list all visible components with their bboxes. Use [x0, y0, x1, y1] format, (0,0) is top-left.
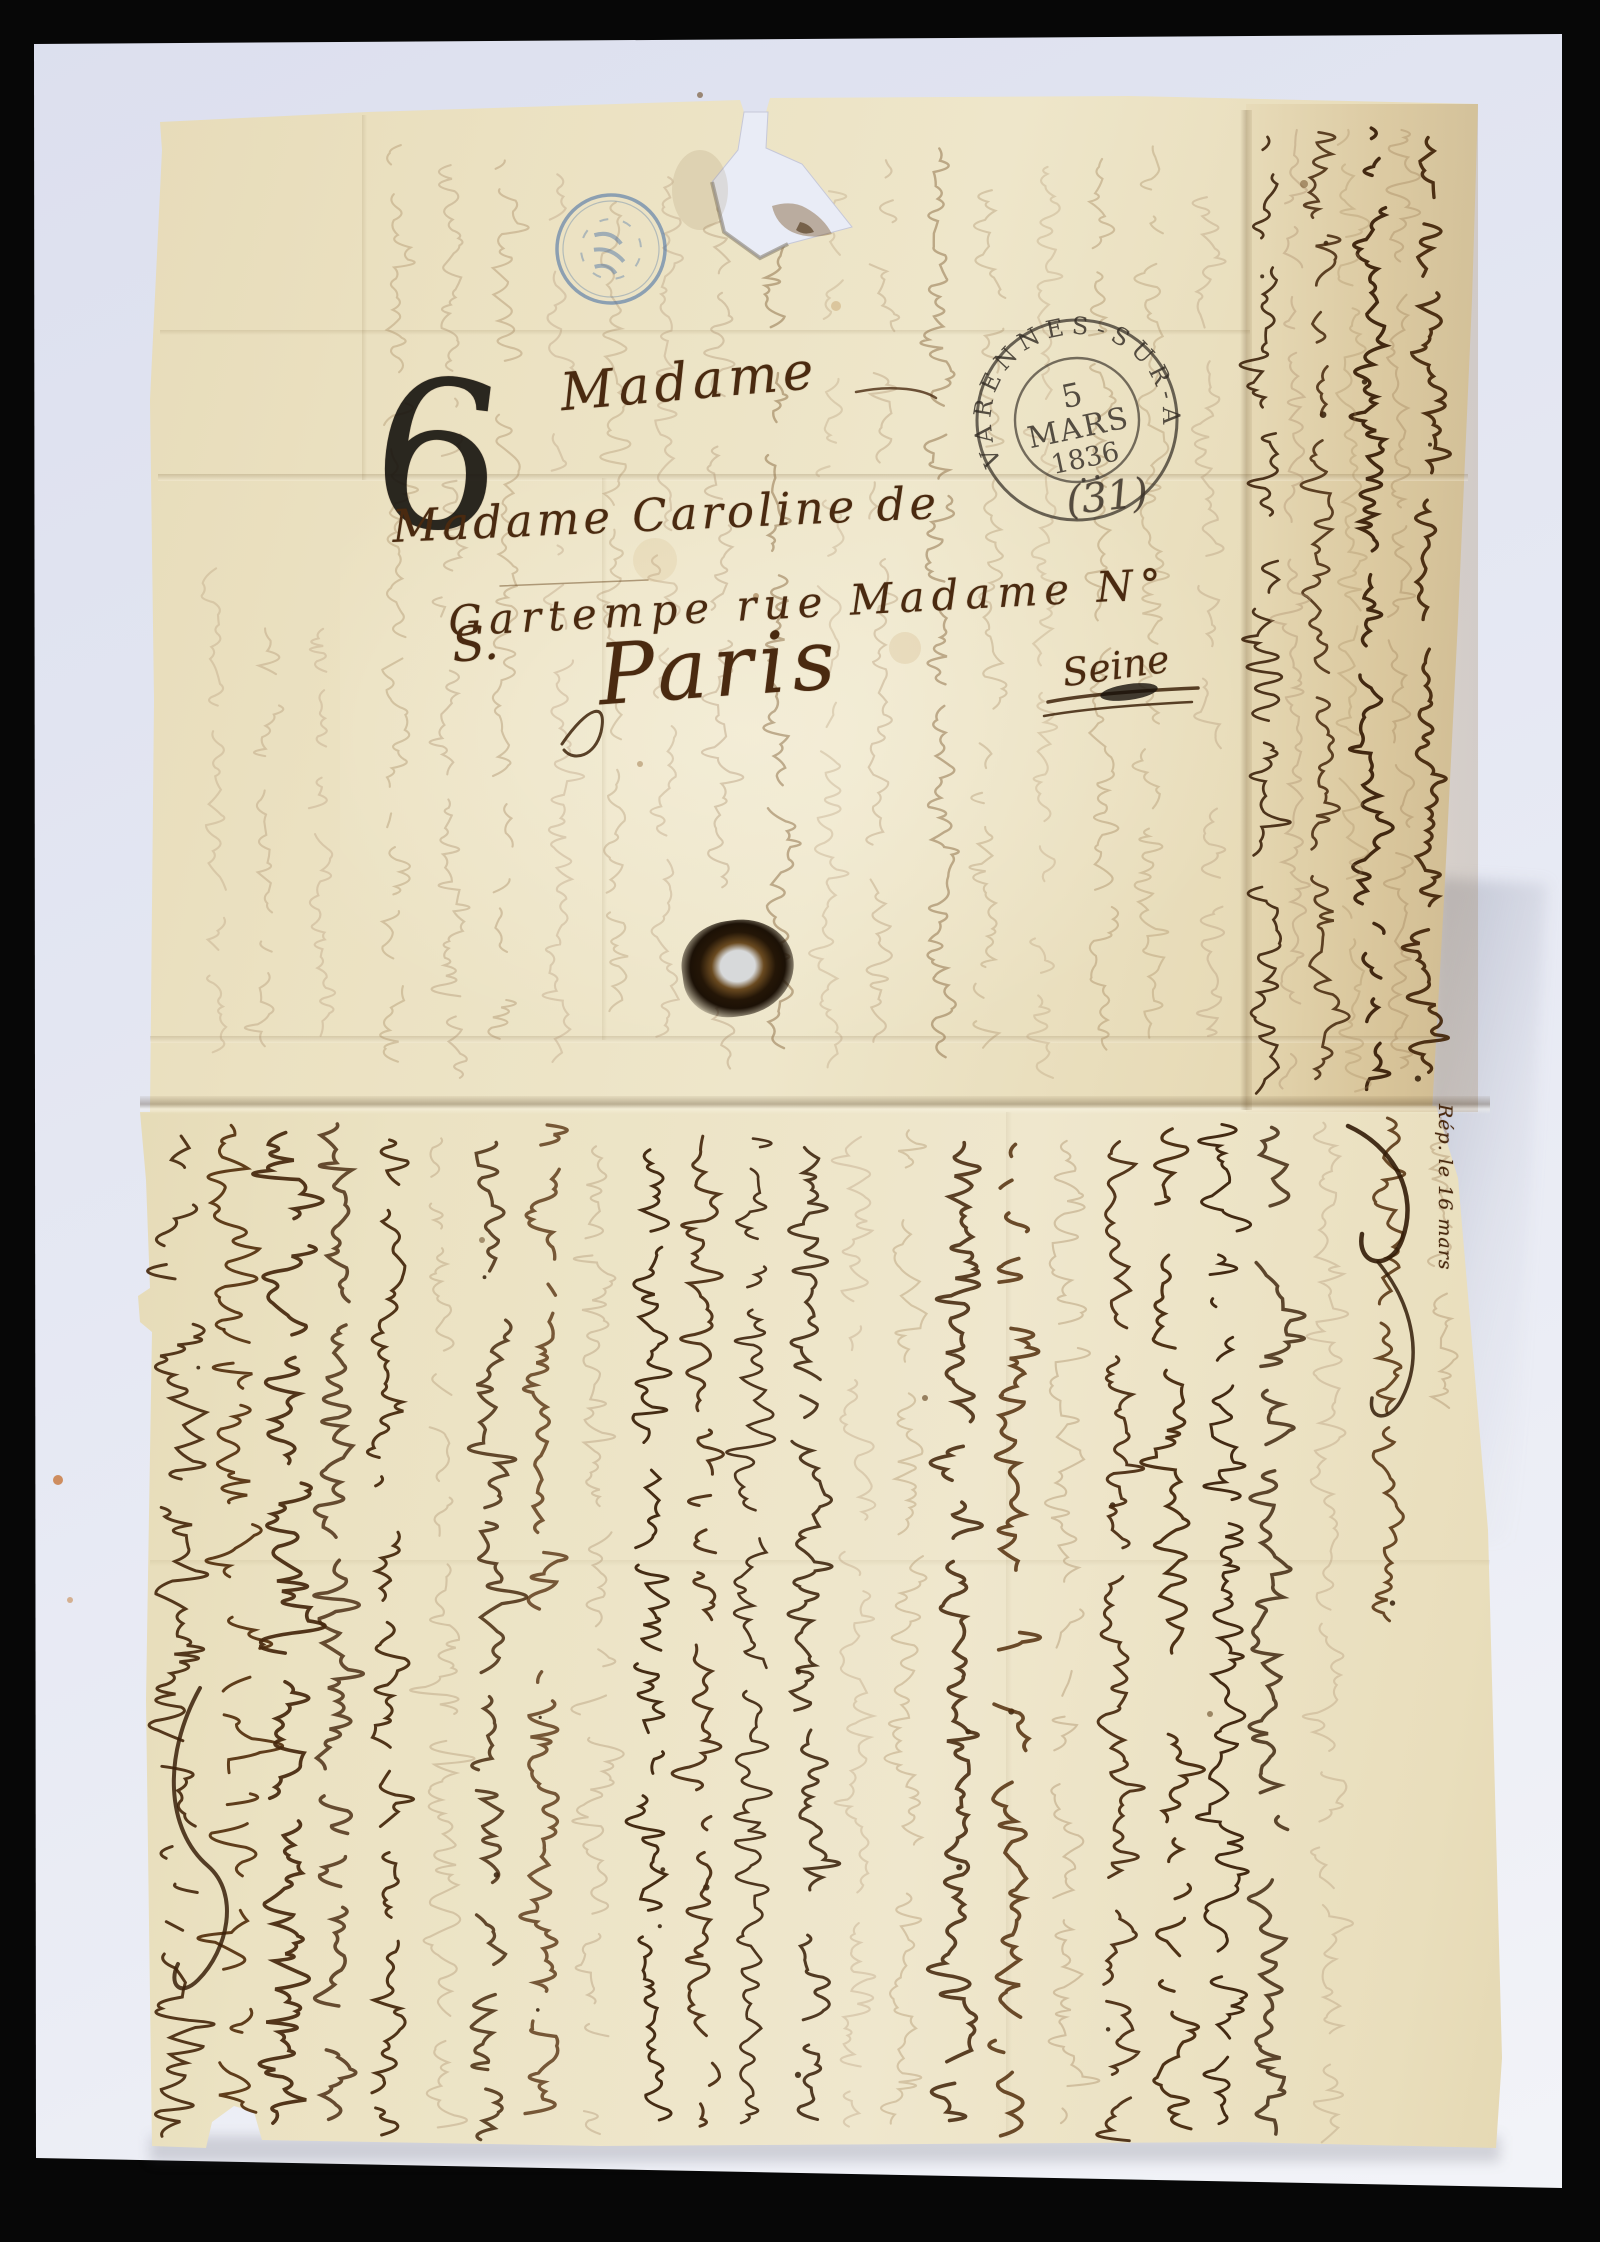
postmark-collection-code: (31) — [1064, 470, 1150, 524]
photo-stage: VARENNES-SUR-ALLIER 5 MARS 1836 6 Madame… — [0, 0, 1600, 2242]
right-edge-tint — [1246, 104, 1478, 1112]
docket-note: Rép. le 16 mars — [1434, 1104, 1456, 1271]
street-number: S. — [450, 614, 500, 673]
city-line: Paris — [595, 610, 844, 725]
